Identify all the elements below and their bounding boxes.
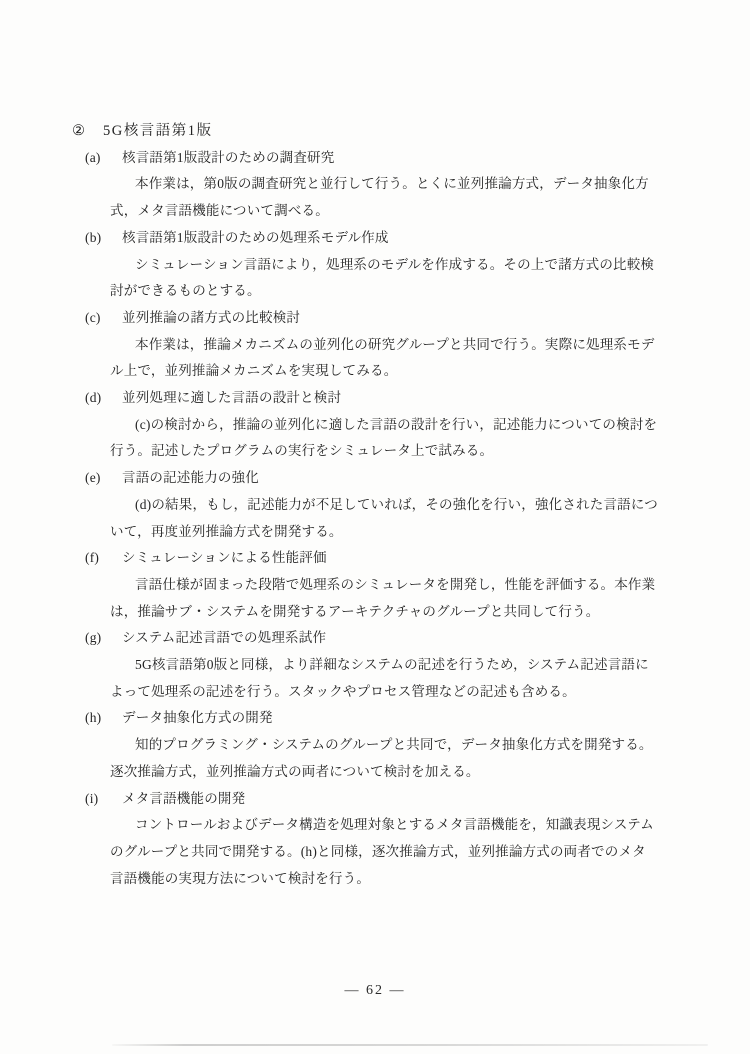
item-body-line: いて，再度並列推論方式を開発する。	[0, 519, 750, 546]
work-item: (h)データ抽象化方式の開発知的プログラミング・システムのグループと共同で，デー…	[0, 705, 750, 785]
item-title-line: (i)メタ言語機能の開発	[0, 786, 750, 813]
item-body-line: コントロールおよびデータ構造を処理対象とするメタ言語機能を，知識表現システム	[0, 812, 750, 839]
item-body-line: 本作業は，第0版の調査研究と並行して行う。とくに並列推論方式，データ抽象化方	[0, 171, 750, 198]
item-title: 並列処理に適した言語の設計と検討	[122, 390, 341, 405]
item-body-line: 逐次推論方式，並列推論方式の両者について検討を加える。	[0, 759, 750, 786]
item-body-line: 討ができるものとする。	[0, 278, 750, 305]
work-item: (d)並列処理に適した言語の設計と検討(c)の検討から，推論の並列化に適した言語…	[0, 385, 750, 465]
item-title-line: (h)データ抽象化方式の開発	[0, 705, 750, 732]
item-body-line: 知的プログラミング・システムのグループと共同で，データ抽象化方式を開発する。	[0, 732, 750, 759]
item-body-line: 言語仕様が固まった段階で処理系のシミュレータを開発し，性能を評価する。本作業	[0, 572, 750, 599]
item-body-line: 本作業は，推論メカニズムの並列化の研究グループと共同で行う。実際に処理系モデ	[0, 332, 750, 359]
item-body-line: ル上で，並列推論メカニズムを実現してみる。	[0, 358, 750, 385]
section-number: ②	[72, 118, 103, 145]
item-title: シミュレーションによる性能評価	[122, 550, 327, 565]
work-items-list: (a)核言語第1版設計のための調査研究本作業は，第0版の調査研究と並行して行う。…	[0, 145, 750, 893]
section-title: 5G核言語第1版	[103, 123, 212, 139]
work-item: (g)システム記述言語での処理系試作5G核言語第0版と同様，より詳細なシステムの…	[0, 625, 750, 705]
work-item: (a)核言語第1版設計のための調査研究本作業は，第0版の調査研究と並行して行う。…	[0, 145, 750, 225]
page-number: — 62 —	[0, 982, 750, 1000]
work-item: (i)メタ言語機能の開発コントロールおよびデータ構造を処理対象とするメタ言語機能…	[0, 786, 750, 893]
item-title-line: (b)核言語第1版設計のための処理系モデル作成	[0, 225, 750, 252]
item-title: データ抽象化方式の開発	[122, 710, 273, 725]
item-title: メタ言語機能の開発	[122, 791, 245, 806]
item-body-line: 行う。記述したプログラムの実行をシミュレータ上で試みる。	[0, 438, 750, 465]
item-body-line: よって処理系の記述を行う。スタックやプロセス管理などの記述も含める。	[0, 679, 750, 706]
document-content: ②5G核言語第1版 (a)核言語第1版設計のための調査研究本作業は，第0版の調査…	[0, 118, 750, 892]
item-body-line: シミュレーション言語により，処理系のモデルを作成する。その上で諸方式の比較検	[0, 252, 750, 279]
item-body-line: 言語機能の実現方法について検討を行う。	[0, 866, 750, 893]
item-label: (g)	[85, 625, 122, 652]
item-title-line: (c)並列推論の諸方式の比較検討	[0, 305, 750, 332]
scanned-document-page: ②5G核言語第1版 (a)核言語第1版設計のための調査研究本作業は，第0版の調査…	[0, 0, 750, 1054]
item-title-line: (d)並列処理に適した言語の設計と検討	[0, 385, 750, 412]
item-title: 並列推論の諸方式の比較検討	[122, 310, 300, 325]
item-label: (c)	[85, 305, 122, 332]
item-title-line: (a)核言語第1版設計のための調査研究	[0, 145, 750, 172]
item-label: (f)	[85, 545, 122, 572]
item-title-line: (g)システム記述言語での処理系試作	[0, 625, 750, 652]
item-title-line: (e)言語の記述能力の強化	[0, 465, 750, 492]
item-title: 言語の記述能力の強化	[122, 470, 259, 485]
work-item: (b)核言語第1版設計のための処理系モデル作成シミュレーション言語により，処理系…	[0, 225, 750, 305]
item-body-line: 5G核言語第0版と同様，より詳細なシステムの記述を行うため，システム記述言語に	[0, 652, 750, 679]
work-item: (c)並列推論の諸方式の比較検討本作業は，推論メカニズムの並列化の研究グループと…	[0, 305, 750, 385]
item-title: システム記述言語での処理系試作	[122, 630, 326, 645]
item-title-line: (f)シミュレーションによる性能評価	[0, 545, 750, 572]
item-body-line: 式，メタ言語機能について調べる。	[0, 198, 750, 225]
work-item: (f)シミュレーションによる性能評価言語仕様が固まった段階で処理系のシミュレータ…	[0, 545, 750, 625]
item-label: (d)	[85, 385, 122, 412]
item-label: (b)	[85, 225, 122, 252]
item-label: (a)	[85, 145, 122, 172]
scan-edge-shadow	[112, 1044, 708, 1046]
work-item: (e)言語の記述能力の強化(d)の結果，もし，記述能力が不足していれば，その強化…	[0, 465, 750, 545]
item-body-line: (c)の検討から，推論の並列化に適した言語の設計を行い，記述能力についての検討を	[0, 412, 750, 439]
item-body-line: (d)の結果，もし，記述能力が不足していれば，その強化を行い，強化された言語につ	[0, 492, 750, 519]
item-body-line: は，推論サブ・システムを開発するアーキテクチャのグループと共同して行う。	[0, 599, 750, 626]
item-body-line: のグループと共同で開発する。(h)と同様，逐次推論方式，並列推論方式の両者でのメ…	[0, 839, 750, 866]
item-title: 核言語第1版設計のための調査研究	[122, 150, 334, 165]
item-label: (i)	[85, 786, 122, 813]
item-label: (e)	[85, 465, 122, 492]
item-title: 核言語第1版設計のための処理系モデル作成	[122, 230, 389, 245]
section-heading: ②5G核言語第1版	[0, 118, 750, 145]
item-label: (h)	[85, 705, 122, 732]
